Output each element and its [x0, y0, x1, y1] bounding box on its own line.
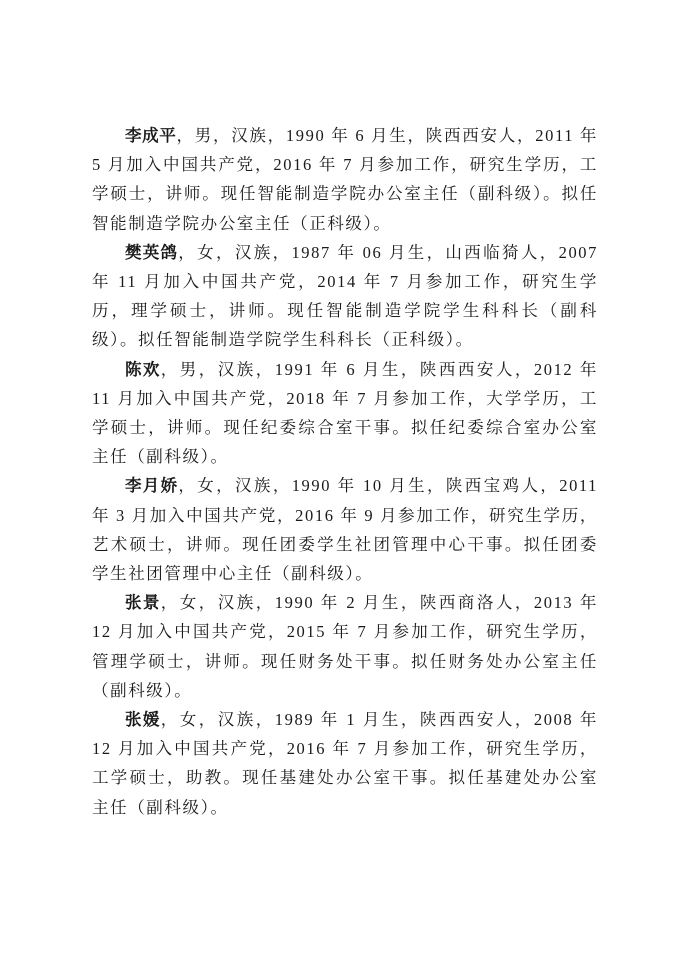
candidate-name: 陈欢 — [125, 360, 161, 379]
candidate-name: 李月娇 — [125, 476, 178, 495]
candidate-description: ，女，汉族，1989 年 1 月生，陕西西安人，2008 年 12 月加入中国共… — [92, 710, 598, 817]
candidate-entry-chen-huan: 陈欢，男，汉族，1991 年 6 月生，陕西西安人，2012 年 11 月加入中… — [92, 355, 598, 472]
candidate-name: 张媛 — [125, 710, 161, 729]
candidate-entry-li-chengping: 李成平，男，汉族，1990 年 6 月生，陕西西安人，2011 年 5 月加入中… — [92, 121, 598, 238]
candidate-description: ，女，汉族，1990 年 2 月生，陕西商洛人，2013 年 12 月加入中国共… — [92, 593, 598, 700]
candidate-name: 樊英鸽 — [125, 243, 178, 262]
candidate-name: 李成平 — [125, 126, 176, 145]
candidate-entry-li-yuejiao: 李月娇，女，汉族，1990 年 10 月生，陕西宝鸡人，2011 年 3 月加入… — [92, 471, 598, 588]
candidate-name: 张景 — [125, 593, 161, 612]
candidate-entry-zhang-jing: 张景，女，汉族，1990 年 2 月生，陕西商洛人，2013 年 12 月加入中… — [92, 588, 598, 705]
candidate-entry-zhang-yuan: 张媛，女，汉族，1989 年 1 月生，陕西西安人，2008 年 12 月加入中… — [92, 705, 598, 822]
document-page: 李成平，男，汉族，1990 年 6 月生，陕西西安人，2011 年 5 月加入中… — [92, 121, 598, 822]
candidate-entry-fan-yingge: 樊英鸽，女，汉族，1987 年 06 月生，山西临猗人，2007 年 11 月加… — [92, 238, 598, 355]
candidate-description: ，男，汉族，1991 年 6 月生，陕西西安人，2012 年 11 月加入中国共… — [92, 360, 598, 467]
